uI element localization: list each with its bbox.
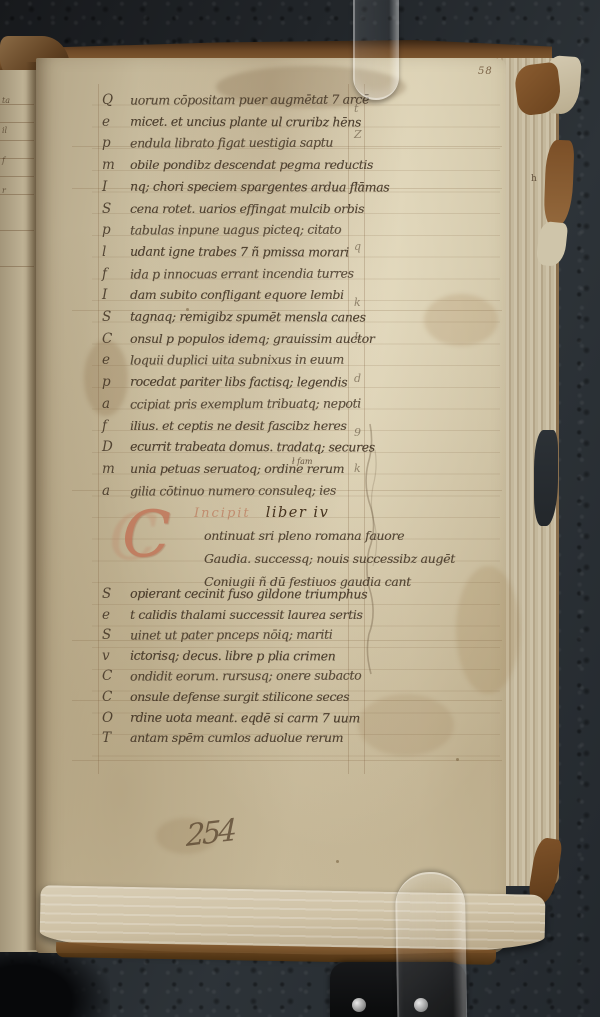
margin-gloss-letter: 9 bbox=[354, 426, 361, 439]
manuscript-line: mobile pondibz descendat pegma reductis bbox=[36, 157, 506, 177]
manuscript-line: ptabulas inpune uagus picteq; citato bbox=[36, 222, 506, 242]
line-text: tagnaq; remigibz spumēt mensla canes bbox=[130, 309, 366, 325]
line-initial: S bbox=[102, 309, 126, 325]
manuscript-line: Ordine uota meant. eqdē si carm 7 uum bbox=[36, 710, 506, 730]
line-initial: f bbox=[102, 418, 126, 434]
margin-gloss-letter: L bbox=[354, 330, 361, 343]
edge-shadow-notch bbox=[534, 430, 558, 526]
line-text: cena rotet. uarios effingat mulcib orbis bbox=[130, 201, 364, 216]
manuscript-line: Decurrit trabeata domus. tradatq; secure… bbox=[36, 439, 506, 459]
line-text: micet. et uncius plante ul cruribz hēns bbox=[130, 113, 361, 129]
manuscript-line: Inq; chori speciem spargentes ardua flām… bbox=[36, 179, 506, 199]
line-text: dam subito confligant equore lembi bbox=[130, 287, 344, 302]
rubric-book-number: liber iv bbox=[266, 505, 330, 521]
manuscript-line: fida p innocuas errant incendia turres bbox=[36, 266, 506, 286]
line-initial: e bbox=[102, 114, 126, 130]
margin-gloss-letter: Z bbox=[354, 128, 362, 141]
fore-edge-ink-mark: h bbox=[531, 174, 537, 184]
rubric-line: Incipit liber iv bbox=[194, 502, 329, 521]
line-text: ecurrit trabeata domus. tradatq; secures bbox=[130, 439, 375, 455]
manuscript-line: agilia cōtinuo numero consuleq; ies bbox=[36, 483, 506, 503]
line-text: uinet ut pater pnceps nōiq; mariti bbox=[130, 627, 332, 643]
decorated-initial: C bbox=[122, 496, 171, 574]
line-initial: C bbox=[102, 668, 126, 684]
margin-gloss-letter: q bbox=[354, 240, 361, 253]
line-initial: a bbox=[102, 396, 126, 412]
line-text: ccipiat pris exemplum tribuatq; nepoti bbox=[130, 395, 361, 411]
margin-gloss-letter: t bbox=[354, 102, 358, 115]
manuscript-line: Condidit eorum. rursusq; onere subacto bbox=[36, 668, 506, 688]
line-text: uorum cōpositam puer augmētat 7 arcē bbox=[130, 91, 369, 107]
manuscript-line: et calidis thalami successit laurea sert… bbox=[36, 607, 506, 627]
line-text: ictorisq; decus. libre p plia crimen bbox=[130, 647, 335, 663]
line-initial: D bbox=[102, 439, 126, 455]
line-text: unia petuas seruatoq; ordine rerum bbox=[130, 461, 344, 476]
manuscript-line: Idam subito confligant equore lembi bbox=[36, 287, 506, 307]
line-text: rocedat pariter libs factisq; legendis bbox=[130, 374, 347, 390]
manuscript-line: Scena rotet. uarios effingat mulcib orbi… bbox=[36, 201, 506, 221]
line-initial: S bbox=[102, 627, 126, 643]
line-text: nq; chori speciem spargentes ardua flāma… bbox=[130, 178, 389, 194]
rubric-incipit: Incipit bbox=[194, 506, 251, 521]
line-initial: e bbox=[102, 607, 126, 623]
indented-line: ontinuat sri pleno romana fauore bbox=[204, 528, 404, 543]
line-text: endula librato figat uestigia saptu bbox=[130, 135, 333, 151]
margin-gloss-letter: m bbox=[354, 180, 364, 193]
manuscript-line: Consule defense surgit stilicone seces bbox=[36, 689, 506, 709]
manuscript-line: Sopierant cecinit fuso gildone triumphus bbox=[36, 586, 506, 606]
verso-edge-text-fragment: il bbox=[2, 126, 7, 135]
manuscript-page: 58 Incipit liber iv C ł fam Quorum cōpos… bbox=[36, 58, 506, 953]
line-initial: p bbox=[102, 135, 126, 151]
line-initial: Q bbox=[102, 92, 126, 108]
line-text: loquii duplici uita subnixus in euum bbox=[130, 352, 344, 368]
manuscript-line: emicet. et uncius plante ul cruribz hēns bbox=[36, 114, 506, 134]
manuscript-line: Suinet ut pater pnceps nōiq; mariti bbox=[36, 627, 506, 647]
manuscript-line: pendula librato figat uestigia saptu bbox=[36, 135, 506, 155]
line-initial: m bbox=[102, 461, 126, 477]
line-text: opierant cecinit fuso gildone triumphus bbox=[130, 586, 367, 602]
manuscript-line: ludant igne trabes 7 ñ pmissa morari bbox=[36, 244, 506, 264]
verso-edge-text-fragment: f bbox=[2, 156, 5, 165]
line-initial: S bbox=[102, 586, 126, 602]
manuscript-photo-scene: tailfr 58 Incipit liber iv C ł fam bbox=[0, 0, 600, 1017]
line-initial: v bbox=[102, 648, 126, 664]
line-initial: l bbox=[102, 244, 126, 260]
manuscript-line: Tantam spēm cumlos aduolue rerum bbox=[36, 730, 506, 750]
line-initial: I bbox=[102, 179, 126, 195]
line-text: gilia cōtinuo numero consuleq; ies bbox=[130, 482, 336, 498]
line-initial: O bbox=[102, 710, 126, 726]
line-text: ilius. et ceptis ne desit fascibz heres bbox=[130, 418, 346, 433]
line-text: udant igne trabes 7 ñ pmissa morari bbox=[130, 244, 349, 260]
text-block: Incipit liber iv C ł fam Quorum cōposita… bbox=[36, 58, 516, 958]
line-text: rdine uota meant. eqdē si carm 7 uum bbox=[130, 709, 360, 725]
line-text: obile pondibz descendat pegma reductis bbox=[130, 157, 373, 172]
line-initial: I bbox=[102, 287, 126, 303]
line-text: ida p innocuas errant incendia turres bbox=[130, 265, 354, 281]
line-text: onsul p populos idemq; grauissim auctor bbox=[130, 331, 374, 346]
manuscript-line: accipiat pris exemplum tribuatq; nepoti bbox=[36, 396, 506, 416]
manuscript-line: Quorum cōpositam puer augmētat 7 arcē bbox=[36, 92, 506, 112]
screw-icon bbox=[352, 998, 366, 1012]
line-text: ondidit eorum. rursusq; onere subacto bbox=[130, 668, 361, 684]
manuscript-line: filius. et ceptis ne desit fascibz heres bbox=[36, 418, 506, 438]
verso-edge-text-fragment: ta bbox=[2, 96, 10, 105]
line-text: onsule defense surgit stilicone seces bbox=[130, 689, 349, 704]
indented-line: Gaudia. successq; nouis successibz augēt bbox=[204, 551, 455, 566]
line-initial: e bbox=[102, 352, 126, 368]
pen-trial-number: 254 bbox=[186, 813, 235, 854]
margin-gloss-letter: k bbox=[354, 296, 361, 309]
manuscript-line: eloquii duplici uita subnixus in euum bbox=[36, 352, 506, 372]
line-initial: C bbox=[102, 689, 126, 705]
line-text: antam spēm cumlos aduolue rerum bbox=[130, 730, 343, 745]
manuscript-line: victorisq; decus. libre p plia crimen bbox=[36, 648, 506, 668]
line-initial: a bbox=[102, 483, 126, 499]
manuscript-line: Stagnaq; remigibz spumēt mensla canes bbox=[36, 309, 506, 329]
line-initial: T bbox=[102, 730, 126, 746]
line-initial: m bbox=[102, 157, 126, 173]
line-text: tabulas inpune uagus picteq; citato bbox=[130, 222, 341, 238]
line-text: t calidis thalami successit laurea serti… bbox=[130, 607, 363, 622]
manuscript-line: procedat pariter libs factisq; legendis bbox=[36, 374, 506, 394]
line-initial: C bbox=[102, 331, 126, 347]
margin-gloss-letter: d bbox=[354, 372, 361, 385]
top-restraint-strap bbox=[353, 0, 399, 100]
line-initial: S bbox=[102, 201, 126, 217]
bottom-restraint-strap bbox=[395, 871, 468, 1017]
manuscript-line: Consul p populos idemq; grauissim auctor bbox=[36, 331, 506, 351]
line-initial: f bbox=[102, 266, 126, 282]
line-initial: p bbox=[102, 222, 126, 238]
manuscript-line: munia petuas seruatoq; ordine rerum bbox=[36, 461, 506, 481]
verso-edge-text-fragment: r bbox=[2, 186, 6, 195]
line-initial: p bbox=[102, 374, 126, 390]
margin-gloss-letter: k bbox=[354, 462, 361, 475]
